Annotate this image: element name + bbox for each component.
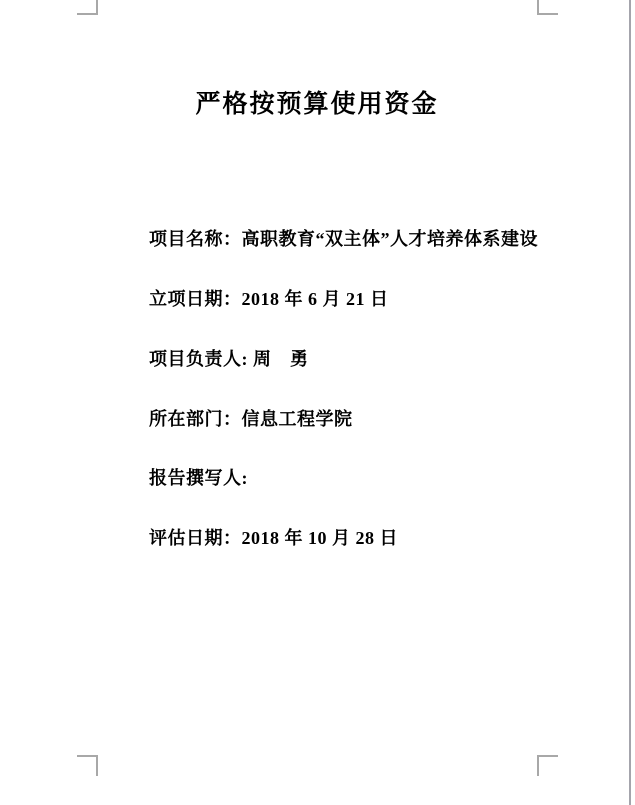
field-line-report-writer: 报告撰写人: <box>129 443 549 511</box>
page-edge-line <box>629 0 631 805</box>
field-label-approval-date: 立项日期： <box>149 289 242 309</box>
field-value-project-name: 高职教育“双主体”人才培养体系建设 <box>242 229 539 249</box>
field-value-project-leader: 周 勇 <box>253 349 309 369</box>
document-page: 严格按预算使用资金 项目名称：高职教育“双主体”人才培养体系建设 立项日期：20… <box>0 0 635 805</box>
field-line-evaluation-date: 评估日期：2018 年 10 月 28 日 <box>129 503 549 571</box>
field-line-project-leader: 项目负责人: 周 勇 <box>129 324 549 392</box>
crop-mark-bottom-right <box>537 755 558 776</box>
field-line-project-name: 项目名称：高职教育“双主体”人才培养体系建设 <box>129 204 549 272</box>
document-title: 严格按预算使用资金 <box>96 84 538 120</box>
field-value-evaluation-date: 2018 年 10 月 28 日 <box>242 528 399 548</box>
crop-mark-bottom-left <box>77 755 98 776</box>
field-value-approval-date: 2018 年 6 月 21 日 <box>242 289 389 309</box>
field-value-department: 信息工程学院 <box>242 409 353 429</box>
crop-mark-top-right <box>537 0 558 15</box>
field-line-department: 所在部门：信息工程学院 <box>129 384 549 452</box>
field-label-report-writer: 报告撰写人: <box>149 468 248 488</box>
field-label-department: 所在部门： <box>149 409 242 429</box>
field-line-approval-date: 立项日期：2018 年 6 月 21 日 <box>129 264 549 332</box>
field-label-evaluation-date: 评估日期： <box>149 528 242 548</box>
field-label-project-leader: 项目负责人: <box>149 349 253 369</box>
field-label-project-name: 项目名称： <box>149 229 242 249</box>
crop-mark-top-left <box>77 0 98 15</box>
